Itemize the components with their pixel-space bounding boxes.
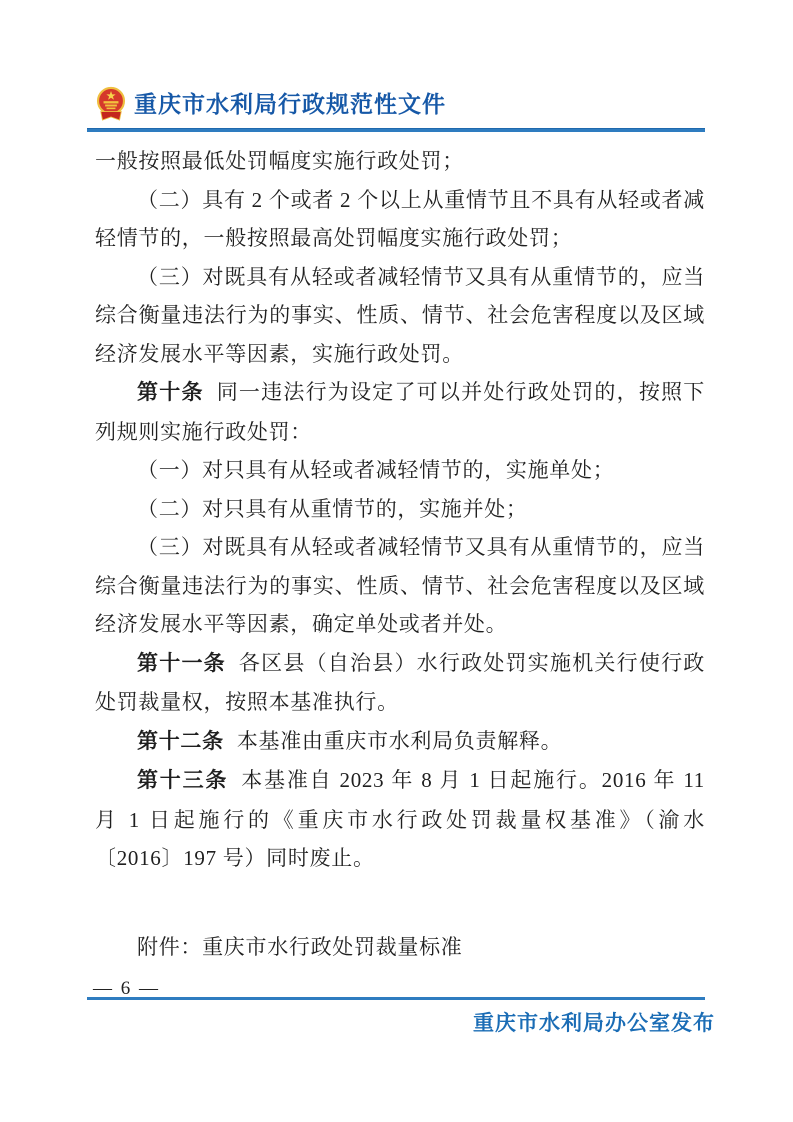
body-paragraph: 第十条同一违法行为设定了可以并处行政处罚的，按照下列规则实施行政处罚： <box>95 373 705 451</box>
paragraph-text: （二）对只具有从重情节的，实施并处； <box>137 497 528 521</box>
page-number: — 6 — <box>93 978 160 1000</box>
article-number: 第十二条 <box>137 730 224 753</box>
attachment-line: 附件：重庆市水行政处罚裁量标准 <box>95 928 705 967</box>
paragraph-text: （三）对既具有从轻或者减轻情节又具有从重情节的，应当综合衡量违法行为的事实、性质… <box>95 535 705 636</box>
body-paragraph: （二）具有 2 个或者 2 个以上从重情节且不具有从轻或者减轻情节的，一般按照最… <box>95 181 705 258</box>
body-paragraph: （二）对只具有从重情节的，实施并处； <box>95 490 705 529</box>
header-rule <box>87 128 705 132</box>
document-page: 重庆市水利局行政规范性文件 一般按照最低处罚幅度实施行政处罚； （二）具有 2 … <box>0 0 793 1122</box>
article-number: 第十条 <box>137 381 204 404</box>
document-title: 重庆市水利局行政规范性文件 <box>134 87 446 121</box>
body-paragraph: （三）对既具有从轻或者减轻情节又具有从重情节的，应当综合衡量违法行为的事实、性质… <box>95 528 705 644</box>
body-paragraph: 第十三条本基准自 2023 年 8 月 1 日起施行。2016 年 11 月 1… <box>95 761 705 878</box>
paragraph-text: 本基准由重庆市水利局负责解释。 <box>237 729 563 753</box>
body-paragraph: （一）对只具有从轻或者减轻情节的，实施单处； <box>95 451 705 490</box>
article-number: 第十三条 <box>137 769 228 792</box>
body-paragraph: 第十一条各区县（自治县）水行政处罚实施机关行使行政处罚裁量权，按照本基准执行。 <box>95 644 705 722</box>
paragraph-text: （一）对只具有从轻或者减轻情节的，实施单处； <box>137 458 614 482</box>
paragraph-text: （二）具有 2 个或者 2 个以上从重情节且不具有从轻或者减轻情节的，一般按照最… <box>95 188 705 251</box>
body-paragraph: 第十二条本基准由重庆市水利局负责解释。 <box>95 722 705 762</box>
national-emblem-icon <box>95 86 127 122</box>
publisher-line: 重庆市水利局办公室发布 <box>473 1007 715 1037</box>
paragraph-text: （三）对既具有从轻或者减轻情节又具有从重情节的，应当综合衡量违法行为的事实、性质… <box>95 265 705 366</box>
footer-rule <box>87 997 705 1000</box>
body-paragraph: （三）对既具有从轻或者减轻情节又具有从重情节的，应当综合衡量违法行为的事实、性质… <box>95 258 705 374</box>
article-number: 第十一条 <box>137 652 226 675</box>
document-header: 重庆市水利局行政规范性文件 <box>95 86 446 122</box>
body-paragraph: 一般按照最低处罚幅度实施行政处罚； <box>95 142 705 181</box>
paragraph-text: 一般按照最低处罚幅度实施行政处罚； <box>95 149 464 173</box>
document-body: 一般按照最低处罚幅度实施行政处罚； （二）具有 2 个或者 2 个以上从重情节且… <box>95 142 705 966</box>
